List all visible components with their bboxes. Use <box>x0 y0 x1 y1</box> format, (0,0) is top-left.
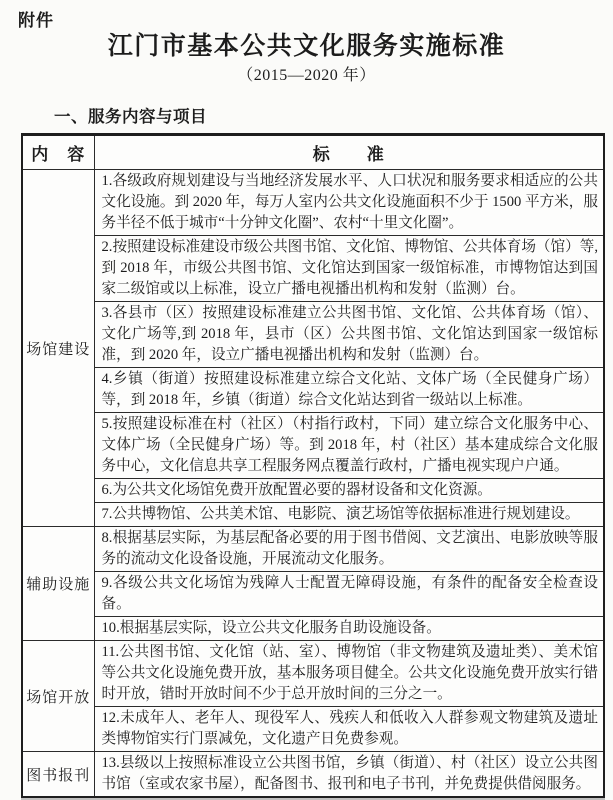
table-row: 12.未成年人、老年人、现役军人、残疾人和低收入人群参观文物建筑及遗址类博物馆实… <box>22 707 604 752</box>
standard-cell: 2.按照建设标准建设市级公共图书馆、文化馆、博物馆、公共体育场（馆）等,到 20… <box>94 236 604 302</box>
table-row: 2.按照建设标准建设市级公共图书馆、文化馆、博物馆、公共体育场（馆）等,到 20… <box>22 236 604 302</box>
table-row: 辅助设施 8.根据基层实际，为基层配备必要的用于图书借阅、文艺演出、电影放映等服… <box>22 527 604 572</box>
table-row: 7.公共博物馆、公共美术馆、电影院、演艺场馆等依据标准进行规划建设。 <box>22 503 604 527</box>
section-heading: 一、服务内容与项目 <box>54 103 207 127</box>
standard-column-header: 标 准 <box>94 135 604 170</box>
category-cell-books-periodicals: 图书报刊 <box>22 752 94 798</box>
table-header-row: 内 容 标 准 <box>22 135 604 170</box>
document-page: 附件 江门市基本公共文化服务实施标准 （2015—2020 年） 一、服务内容与… <box>0 0 613 800</box>
table-row: 6.为公共文化场馆免费开放配置必要的器材设备和文化资源。 <box>22 479 604 503</box>
table-row: 4.乡镇（街道）按照建设标准建立综合文化站、文体广场（全民健身广场）等，到 20… <box>22 368 604 413</box>
standard-cell: 4.乡镇（街道）按照建设标准建立综合文化站、文体广场（全民健身广场）等，到 20… <box>94 368 604 413</box>
standard-cell: 6.为公共文化场馆免费开放配置必要的器材设备和文化资源。 <box>94 479 604 503</box>
standard-cell: 1.各级政府规划建设与当地经济发展水平、人口状况和服务要求相适应的公共文化设施。… <box>94 170 604 236</box>
standard-cell: 7.公共博物馆、公共美术馆、电影院、演艺场馆等依据标准进行规划建设。 <box>94 503 604 527</box>
standard-cell: 5.按照建设标准在村（社区）（村指行政村，下同）建立综合文化服务中心、文体广场（… <box>94 413 604 479</box>
standard-cell: 3.各县市（区）按照建设标准建立公共图书馆、文化馆、公共体育场（馆）、文化广场等… <box>94 302 604 368</box>
table-row: 5.按照建设标准在村（社区）（村指行政村，下同）建立综合文化服务中心、文体广场（… <box>22 413 604 479</box>
table-row: 9.各级公共文化场馆为残障人士配置无障碍设施，有条件的配备安全检查设备。 <box>22 572 604 617</box>
table-row: 3.各县市（区）按照建设标准建立公共图书馆、文化馆、公共体育场（馆）、文化广场等… <box>22 302 604 368</box>
standard-cell: 10.根据基层实际，设立公共文化服务自助设施设备。 <box>94 617 604 641</box>
category-cell-auxiliary-facilities: 辅助设施 <box>22 527 94 641</box>
standard-cell: 9.各级公共文化场馆为残障人士配置无障碍设施，有条件的配备安全检查设备。 <box>94 572 604 617</box>
table-row: 场馆开放 11.公共图书馆、文化馆（站、室）、博物馆（非文物建筑及遗址类）、美术… <box>22 641 604 707</box>
standards-table: 内 容 标 准 场馆建设 1.各级政府规划建设与当地经济发展水平、人口状况和服务… <box>21 133 605 798</box>
category-cell-venue-opening: 场馆开放 <box>22 641 94 752</box>
standard-cell: 12.未成年人、老年人、现役军人、残疾人和低收入人群参观文物建筑及遗址类博物馆实… <box>94 707 604 752</box>
standard-cell: 11.公共图书馆、文化馆（站、室）、博物馆（非文物建筑及遗址类）、美术馆等公共文… <box>94 641 604 707</box>
standard-cell: 8.根据基层实际，为基层配备必要的用于图书借阅、文艺演出、电影放映等服务的流动文… <box>94 527 604 572</box>
table-row: 场馆建设 1.各级政府规划建设与当地经济发展水平、人口状况和服务要求相适应的公共… <box>22 170 604 236</box>
table-row: 图书报刊 13.县级以上按照标准设立公共图书馆，乡镇（街道）、村（社区）设立公共… <box>22 752 604 798</box>
document-title: 江门市基本公共文化服务实施标准 <box>0 26 613 62</box>
category-cell-venue-construction: 场馆建设 <box>22 170 94 527</box>
table-row: 10.根据基层实际，设立公共文化服务自助设施设备。 <box>22 617 604 641</box>
document-subtitle: （2015—2020 年） <box>0 62 613 85</box>
standard-cell: 13.县级以上按照标准设立公共图书馆，乡镇（街道）、村（社区）设立公共图书馆（室… <box>94 752 604 798</box>
content-column-header: 内 容 <box>22 135 94 170</box>
